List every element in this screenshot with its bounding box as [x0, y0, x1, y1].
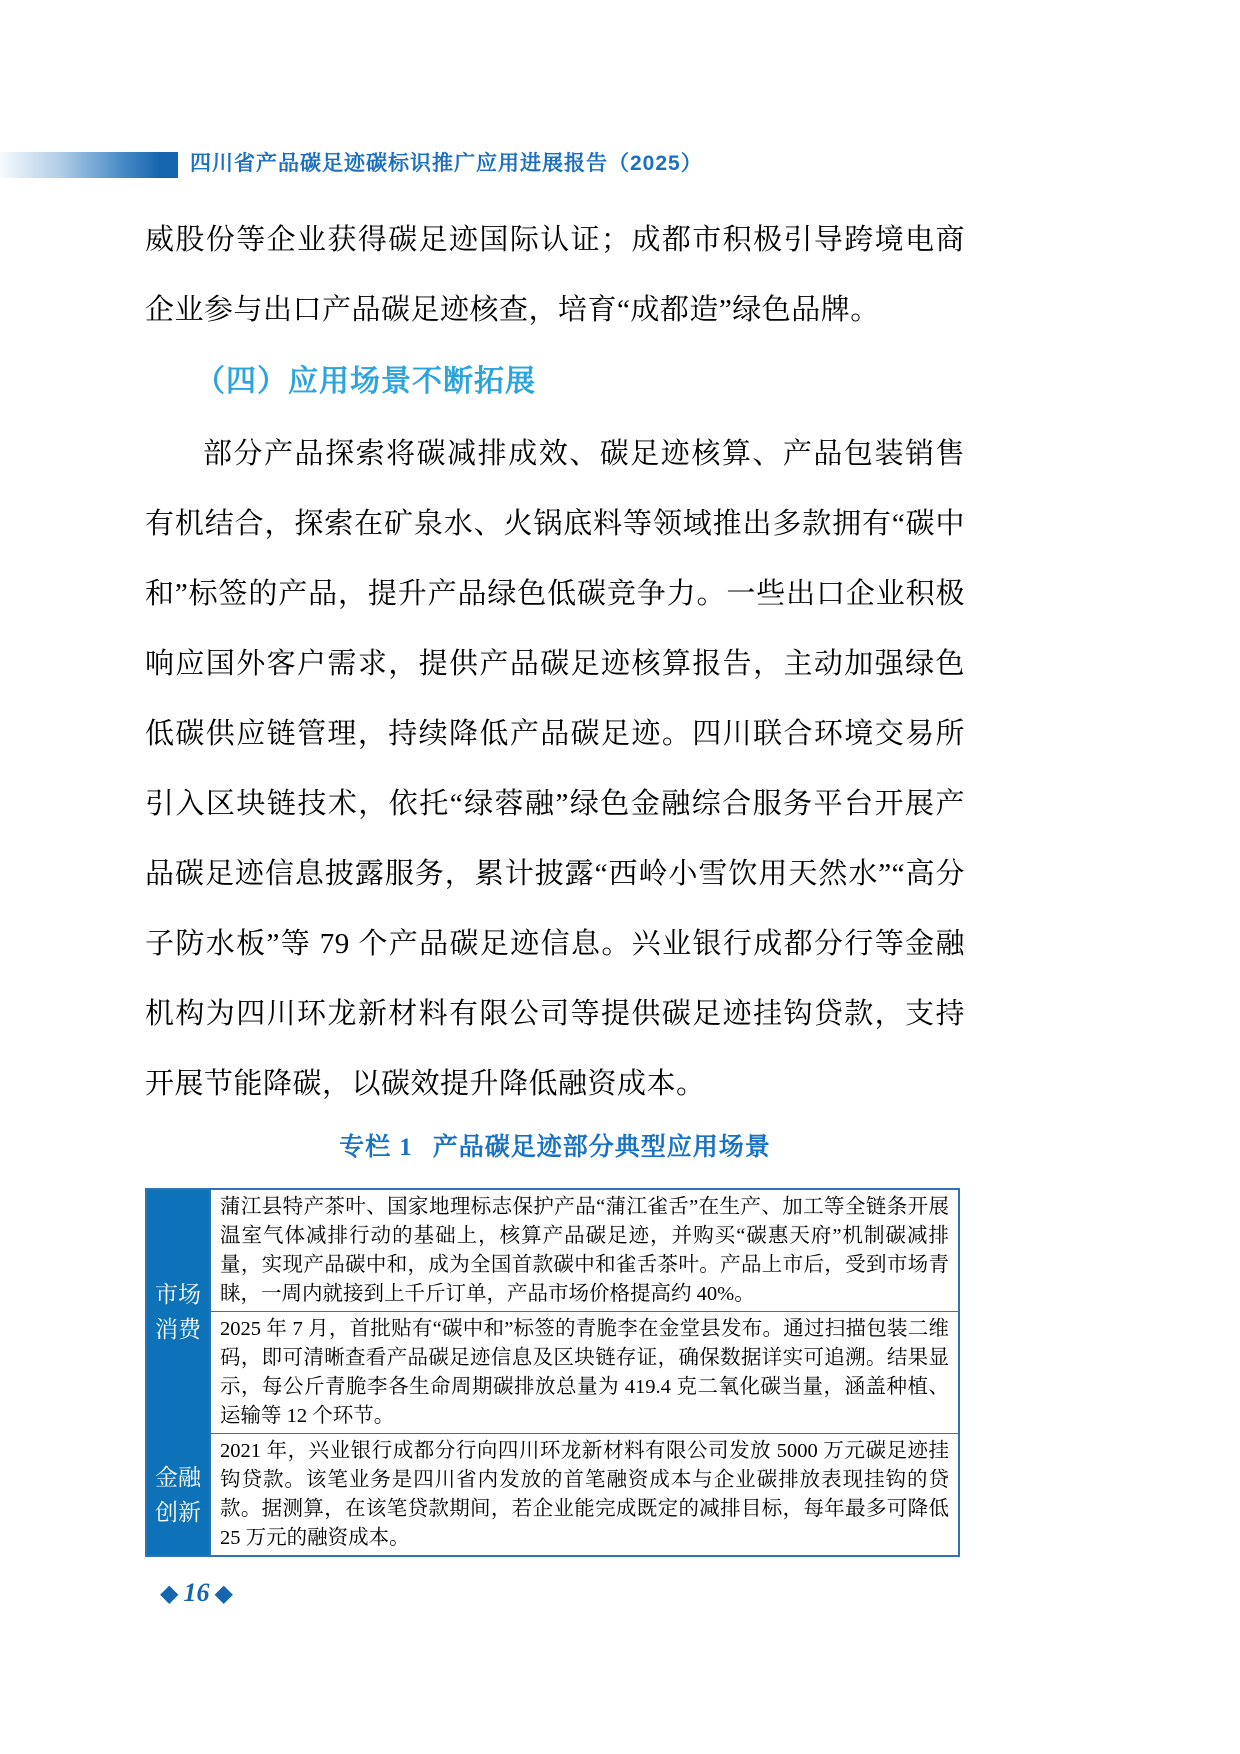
page-content: 威股份等企业获得碳足迹国际认证；成都市积极引导跨境电商企业参与出口产品碳足迹核查… — [145, 205, 965, 1557]
table-cell-loan-case: 2021 年，兴业银行成都分行向四川环龙新材料有限公司发放 5000 万元碳足迹… — [209, 1434, 958, 1555]
table-cell-tea-case: 蒲江县特产茶叶、国家地理标志保护产品“蒲江雀舌”在生产、加工等全链条开展温室气体… — [209, 1190, 958, 1312]
box-title: 专栏1产品碳足迹部分典型应用场景 — [145, 1129, 965, 1166]
paragraph-certification: 威股份等企业获得碳足迹国际认证；成都市积极引导跨境电商企业参与出口产品碳足迹核查… — [145, 205, 965, 345]
application-scenarios-table: 市场消费 蒲江县特产茶叶、国家地理标志保护产品“蒲江雀舌”在生产、加工等全链条开… — [145, 1188, 960, 1557]
diamond-icon: ◆ — [160, 1580, 178, 1606]
page-number: 16 — [183, 1580, 209, 1606]
page-footer: ◆ 16 ◆ — [160, 1580, 233, 1606]
paragraph-application-detail: 部分产品探索将碳减排成效、碳足迹核算、产品包装销售有机结合，探索在矿泉水、火锅底… — [145, 419, 965, 1119]
section-heading-application-scenarios: （四）应用场景不断拓展 — [145, 353, 965, 411]
box-title-label: 专栏 — [339, 1133, 391, 1161]
category-cell-finance-innovation: 金融创新 — [147, 1434, 209, 1555]
category-cell-market-consumption: 市场消费 — [147, 1190, 209, 1434]
table-cell-plum-case: 2025 年 7 月，首批贴有“碳中和”标签的青脆李在金堂县发布。通过扫描包装二… — [209, 1312, 958, 1434]
report-page: 四川省产品碳足迹碳标识推广应用进展报告（2025） 威股份等企业获得碳足迹国际认… — [0, 0, 1240, 1754]
box-number: 1 — [399, 1134, 413, 1161]
box-title-text: 产品碳足迹部分典型应用场景 — [433, 1133, 771, 1161]
diamond-icon: ◆ — [214, 1580, 232, 1606]
page-header-title: 四川省产品碳足迹碳标识推广应用进展报告（2025） — [190, 150, 703, 178]
header-gradient-bar — [0, 152, 178, 178]
